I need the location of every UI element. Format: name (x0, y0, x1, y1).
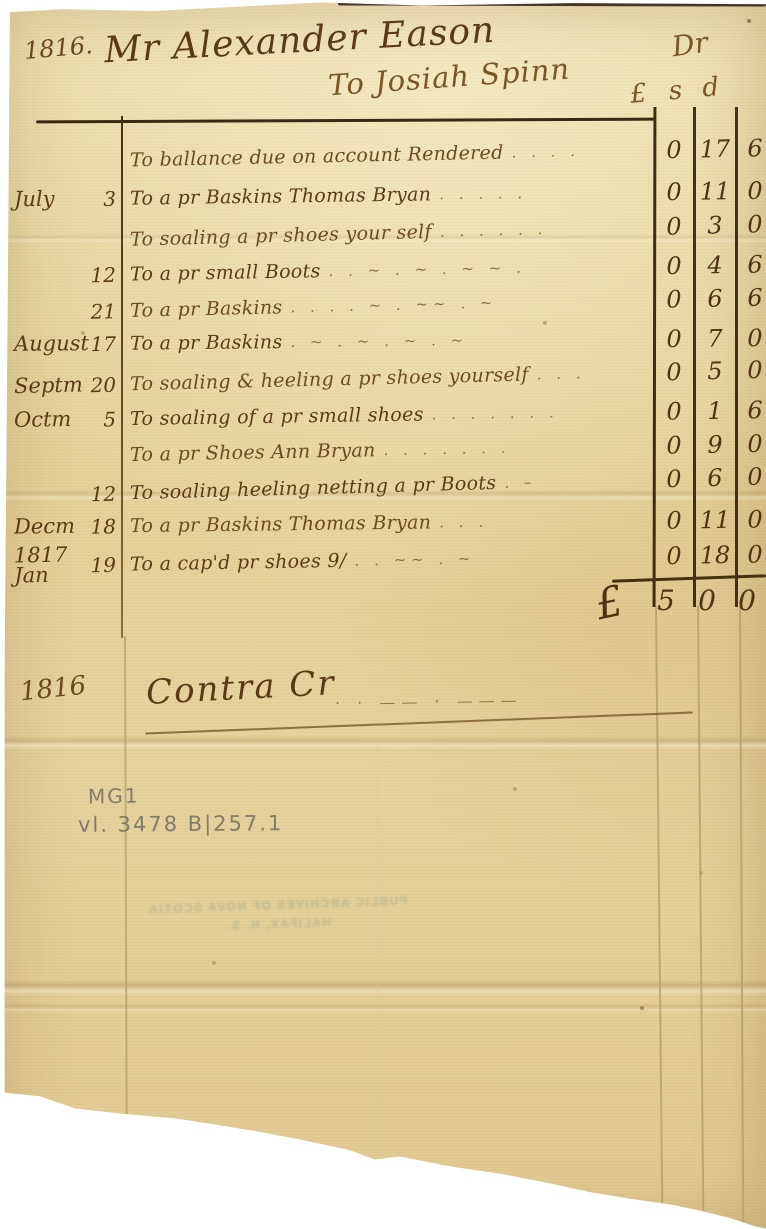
entry-date-cell: 12 (14, 256, 119, 296)
fold-crease (0, 980, 766, 996)
entry-day: 12 (90, 263, 118, 287)
scanned-document: 1816. Mr Alexander Eason To Josiah Spinn… (0, 0, 766, 1229)
entry-leader: . . . . ~ . ~~ . ~ (282, 290, 648, 316)
entry-leader: . . . . . . . (375, 436, 648, 459)
entry-description-cell: To a cap'd pr shoes 9/. . ~~ . ~ (130, 536, 649, 583)
contra-year: 1816 (19, 671, 88, 708)
contra-leader-dashes: · · —— · ——— (335, 690, 523, 712)
entry-amount-shillings: 17 (694, 131, 737, 168)
entry-amount-pounds: 0 (654, 132, 695, 169)
entry-date-cell: August17 (14, 325, 118, 364)
entry-amount-pence: 0 (737, 458, 766, 495)
entry-date-cell: Octm5 (14, 400, 119, 440)
pence-column-rule-faint (739, 606, 744, 1222)
entry-month: Decm (14, 517, 75, 538)
entry-month: 1817 Jan (14, 546, 68, 587)
entry-description: To a pr Baskins (130, 296, 283, 321)
contra-credit-label: Contra Cr (145, 663, 336, 713)
entry-month: Octm (14, 410, 72, 431)
entry-amount-shillings: 11 (694, 502, 736, 539)
entry-description: To soaling a pr shoes your self (130, 221, 432, 251)
entry-amount-pounds: 0 (654, 174, 694, 211)
entry-description: To a pr small Boots (130, 260, 321, 285)
entry-leader: . . . . . (431, 182, 648, 203)
entry-month: Septm (14, 375, 83, 397)
entry-amount-pounds: 0 (654, 281, 695, 318)
entry-month: July (14, 190, 55, 211)
paper-sheet: 1816. Mr Alexander Eason To Josiah Spinn… (0, 0, 766, 1229)
paper-top-edge (338, 0, 766, 6)
contra-underline-flourish (145, 711, 693, 734)
entry-description: To soaling & heeling a pr shoes yourself (130, 364, 529, 396)
header-year: 1816. (23, 31, 94, 65)
entry-leader: . . . (529, 363, 649, 384)
archive-reference-line2: vl. 3478 B|257.1 (78, 811, 284, 837)
total-pounds: 5 (646, 584, 686, 617)
entry-date-cell (14, 436, 119, 476)
entry-day: 5 (103, 407, 118, 431)
vertical-crease (376, 742, 379, 1202)
entry-date-cell: 1817 Jan19 (14, 546, 119, 586)
entry-description: To soaling of a pr small shoes (130, 403, 424, 430)
entry-leader: . . . . . . (432, 217, 649, 241)
entry-description: To a cap'd pr shoes 9/ (130, 550, 347, 576)
entry-day: 19 (90, 553, 118, 577)
total-shillings: 0 (686, 584, 728, 617)
entry-day: 3 (103, 187, 118, 211)
creditor-line: To Josiah Spinn (327, 52, 571, 103)
entry-leader: . . . . (503, 141, 648, 162)
entry-amount-shillings: 6 (693, 459, 736, 496)
entry-amount-pounds: 0 (654, 354, 695, 391)
pounds-symbol: £ (629, 78, 648, 109)
pence-symbol: d (701, 72, 720, 103)
total-pence: 0 (730, 584, 764, 617)
entry-description-cell: To ballance due on account Rendered. . .… (130, 131, 649, 180)
entry-month: August (14, 334, 89, 355)
entry-amount-pounds: 0 (654, 502, 694, 538)
archive-stamp-showthrough: PUBLIC ARCHIVES OF NOVA SCOTIA HALIFAX, … (137, 891, 418, 939)
entry-amount-shillings: 5 (693, 353, 736, 390)
archive-reference-line1: MG1 (88, 784, 140, 809)
entry-amount-pence: 0 (737, 206, 766, 243)
fold-crease (0, 736, 766, 750)
entry-date-cell (14, 142, 119, 182)
shillings-column-rule-faint (697, 606, 704, 1218)
entry-date-cell: Decm18 (14, 507, 118, 546)
entry-amount-pence: 0 (738, 501, 766, 537)
entry-description: To a pr Baskins Thomas Bryan (130, 511, 431, 537)
entry-amount-pounds: 0 (654, 538, 695, 575)
entry-description: To a pr Baskins Thomas Bryan (130, 183, 431, 209)
entry-amount-pence: 0 (737, 352, 766, 389)
entry-leader: . – (496, 470, 648, 492)
entry-description: To a pr Shoes Ann Bryan (130, 439, 376, 466)
entry-day: 18 (90, 514, 118, 538)
entry-description: To a pr Baskins (130, 331, 283, 355)
entry-day: 21 (90, 299, 118, 324)
fold-crease (0, 1003, 766, 1013)
entry-amount-pence: 6 (738, 279, 766, 316)
entry-day: 17 (90, 332, 118, 356)
currency-column-header: £ s d (629, 72, 720, 110)
entry-amount-shillings: 3 (693, 207, 736, 244)
table-top-rule (36, 118, 654, 124)
total-pound-sign: £ (591, 576, 627, 629)
entry-description: To ballance due on account Rendered (130, 142, 504, 172)
entry-leader: . . . (431, 511, 648, 532)
entry-amount-pence: 0 (738, 536, 766, 573)
entry-description: To soaling heeling netting a pr Boots (130, 472, 497, 504)
total-sum-rule (612, 574, 766, 582)
entry-amount-pounds: 0 (653, 460, 694, 497)
entry-leader: . ~ . ~ . ~ . ~ (282, 329, 648, 351)
entry-leader: . . . . . . . (424, 402, 649, 424)
entry-amount-pence: 6 (738, 130, 766, 167)
ink-specks (0, 0, 2, 2)
shillings-symbol: s (668, 75, 684, 106)
entry-day: 12 (90, 482, 118, 507)
entry-day: 20 (90, 373, 118, 398)
entry-leader: . . ~ . ~ . ~ ~ . (320, 256, 648, 280)
entry-amount-shillings: 18 (694, 537, 737, 574)
entry-amount-pounds: 0 (653, 208, 694, 245)
entry-date-cell: July3 (14, 180, 119, 219)
entry-amount-shillings: 6 (694, 280, 737, 317)
entry-leader: . . ~~ . ~ (346, 546, 648, 569)
pounds-column-rule-faint (655, 606, 663, 1216)
debit-label: Dr (670, 26, 710, 64)
table-left-rule-faint (124, 636, 128, 1196)
